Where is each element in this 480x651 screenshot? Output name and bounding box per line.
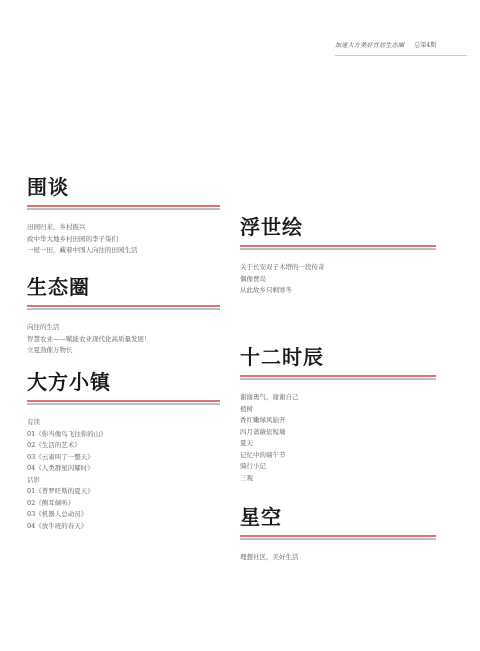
section-title: 浮世绘 [240,215,436,239]
section-title: 十二时辰 [240,345,436,369]
section-shengtai: 生态圈 向往的生活 智慧农业——赋能农业现代化高质量发展！ 立夏劲催万物长 [27,275,220,357]
article-link[interactable]: 植树 [240,404,436,416]
article-link[interactable]: 夏天 [240,438,436,450]
article-link[interactable]: 智慧农业——赋能农业现代化高质量发展！ [27,334,220,346]
section-divider [240,535,436,540]
article-link[interactable]: 骑行小记 [240,461,436,473]
article-list: 谢谢勇气，谢谢自己 植树 香红嫩绿风始开 四月蔷薇依短墙 夏天 记忆中的端午节 … [240,392,436,484]
issue-number: 总第4期 [414,40,436,49]
subsection-label: 话影 [27,475,220,487]
section-xingkong: 星空 理想社区，美好生活 [240,505,436,564]
subsection-label: 有读 [27,417,220,429]
section-divider [240,375,436,380]
article-list: 田园归来，乡村振兴 致中华大地乡村田园的李子柒们 一屋一田，藏着中国人向往的田园… [27,222,220,257]
section-title: 围谈 [27,175,220,199]
article-link[interactable]: 理想社区，美好生活 [240,552,436,564]
page-header: 加速大方美好宜居生态圈 总第4期 [335,40,436,49]
article-link[interactable]: 关于长安双子木塔的一段传奇 [240,262,436,274]
article-link[interactable]: 田园归来，乡村振兴 [27,222,220,234]
article-link[interactable]: 04《放牛班的春天》 [27,521,220,533]
article-list: 理想社区，美好生活 [240,552,436,564]
article-link[interactable]: 致中华大地乡村田园的李子柒们 [27,234,220,246]
section-fushi: 浮世绘 关于长安双子木塔的一段传奇 偶像贾岛 从此故乡只剩寒冬 [240,215,436,297]
article-link[interactable]: 记忆中的端午节 [240,450,436,462]
article-link[interactable]: 03《云雀叫了一整天》 [27,452,220,464]
article-link[interactable]: 立夏劲催万物长 [27,345,220,357]
article-list: 有读 01《你当像鸟飞往你的山》 02《生活的艺术》 03《云雀叫了一整天》 0… [27,417,220,532]
section-divider [27,305,220,310]
section-divider [27,205,220,210]
article-link[interactable]: 03《机器人总动员》 [27,509,220,521]
article-link[interactable]: 香红嫩绿风始开 [240,415,436,427]
article-link[interactable]: 01《你当像鸟飞往你的山》 [27,429,220,441]
section-divider [240,245,436,250]
article-link[interactable]: 从此故乡只剩寒冬 [240,285,436,297]
article-link[interactable]: 04《人类群星闪耀时》 [27,463,220,475]
article-link[interactable]: 02《生活的艺术》 [27,440,220,452]
section-weitan: 围谈 田园归来，乡村振兴 致中华大地乡村田园的李子柒们 一屋一田，藏着中国人向往… [27,175,220,257]
section-dafang: 大方小镇 有读 01《你当像鸟飞往你的山》 02《生活的艺术》 03《云雀叫了一… [27,370,220,532]
article-link[interactable]: 偶像贾岛 [240,274,436,286]
header-divider [335,55,467,56]
section-divider [27,400,220,405]
article-link[interactable]: 一屋一田，藏着中国人向往的田园生活 [27,245,220,257]
article-list: 向往的生活 智慧农业——赋能农业现代化高质量发展！ 立夏劲催万物长 [27,322,220,357]
article-link[interactable]: 四月蔷薇依短墙 [240,427,436,439]
magazine-title: 加速大方美好宜居生态圈 [335,40,404,49]
article-link[interactable]: 01《普罗旺斯的夏天》 [27,486,220,498]
article-link[interactable]: 向往的生活 [27,322,220,334]
article-link[interactable]: 02《侧耳倾听》 [27,498,220,510]
article-link[interactable]: 三观 [240,473,436,485]
section-shier: 十二时辰 谢谢勇气，谢谢自己 植树 香红嫩绿风始开 四月蔷薇依短墙 夏天 记忆中… [240,345,436,484]
section-title: 大方小镇 [27,370,220,394]
section-title: 生态圈 [27,275,220,299]
section-title: 星空 [240,505,436,529]
article-list: 关于长安双子木塔的一段传奇 偶像贾岛 从此故乡只剩寒冬 [240,262,436,297]
article-link[interactable]: 谢谢勇气，谢谢自己 [240,392,436,404]
